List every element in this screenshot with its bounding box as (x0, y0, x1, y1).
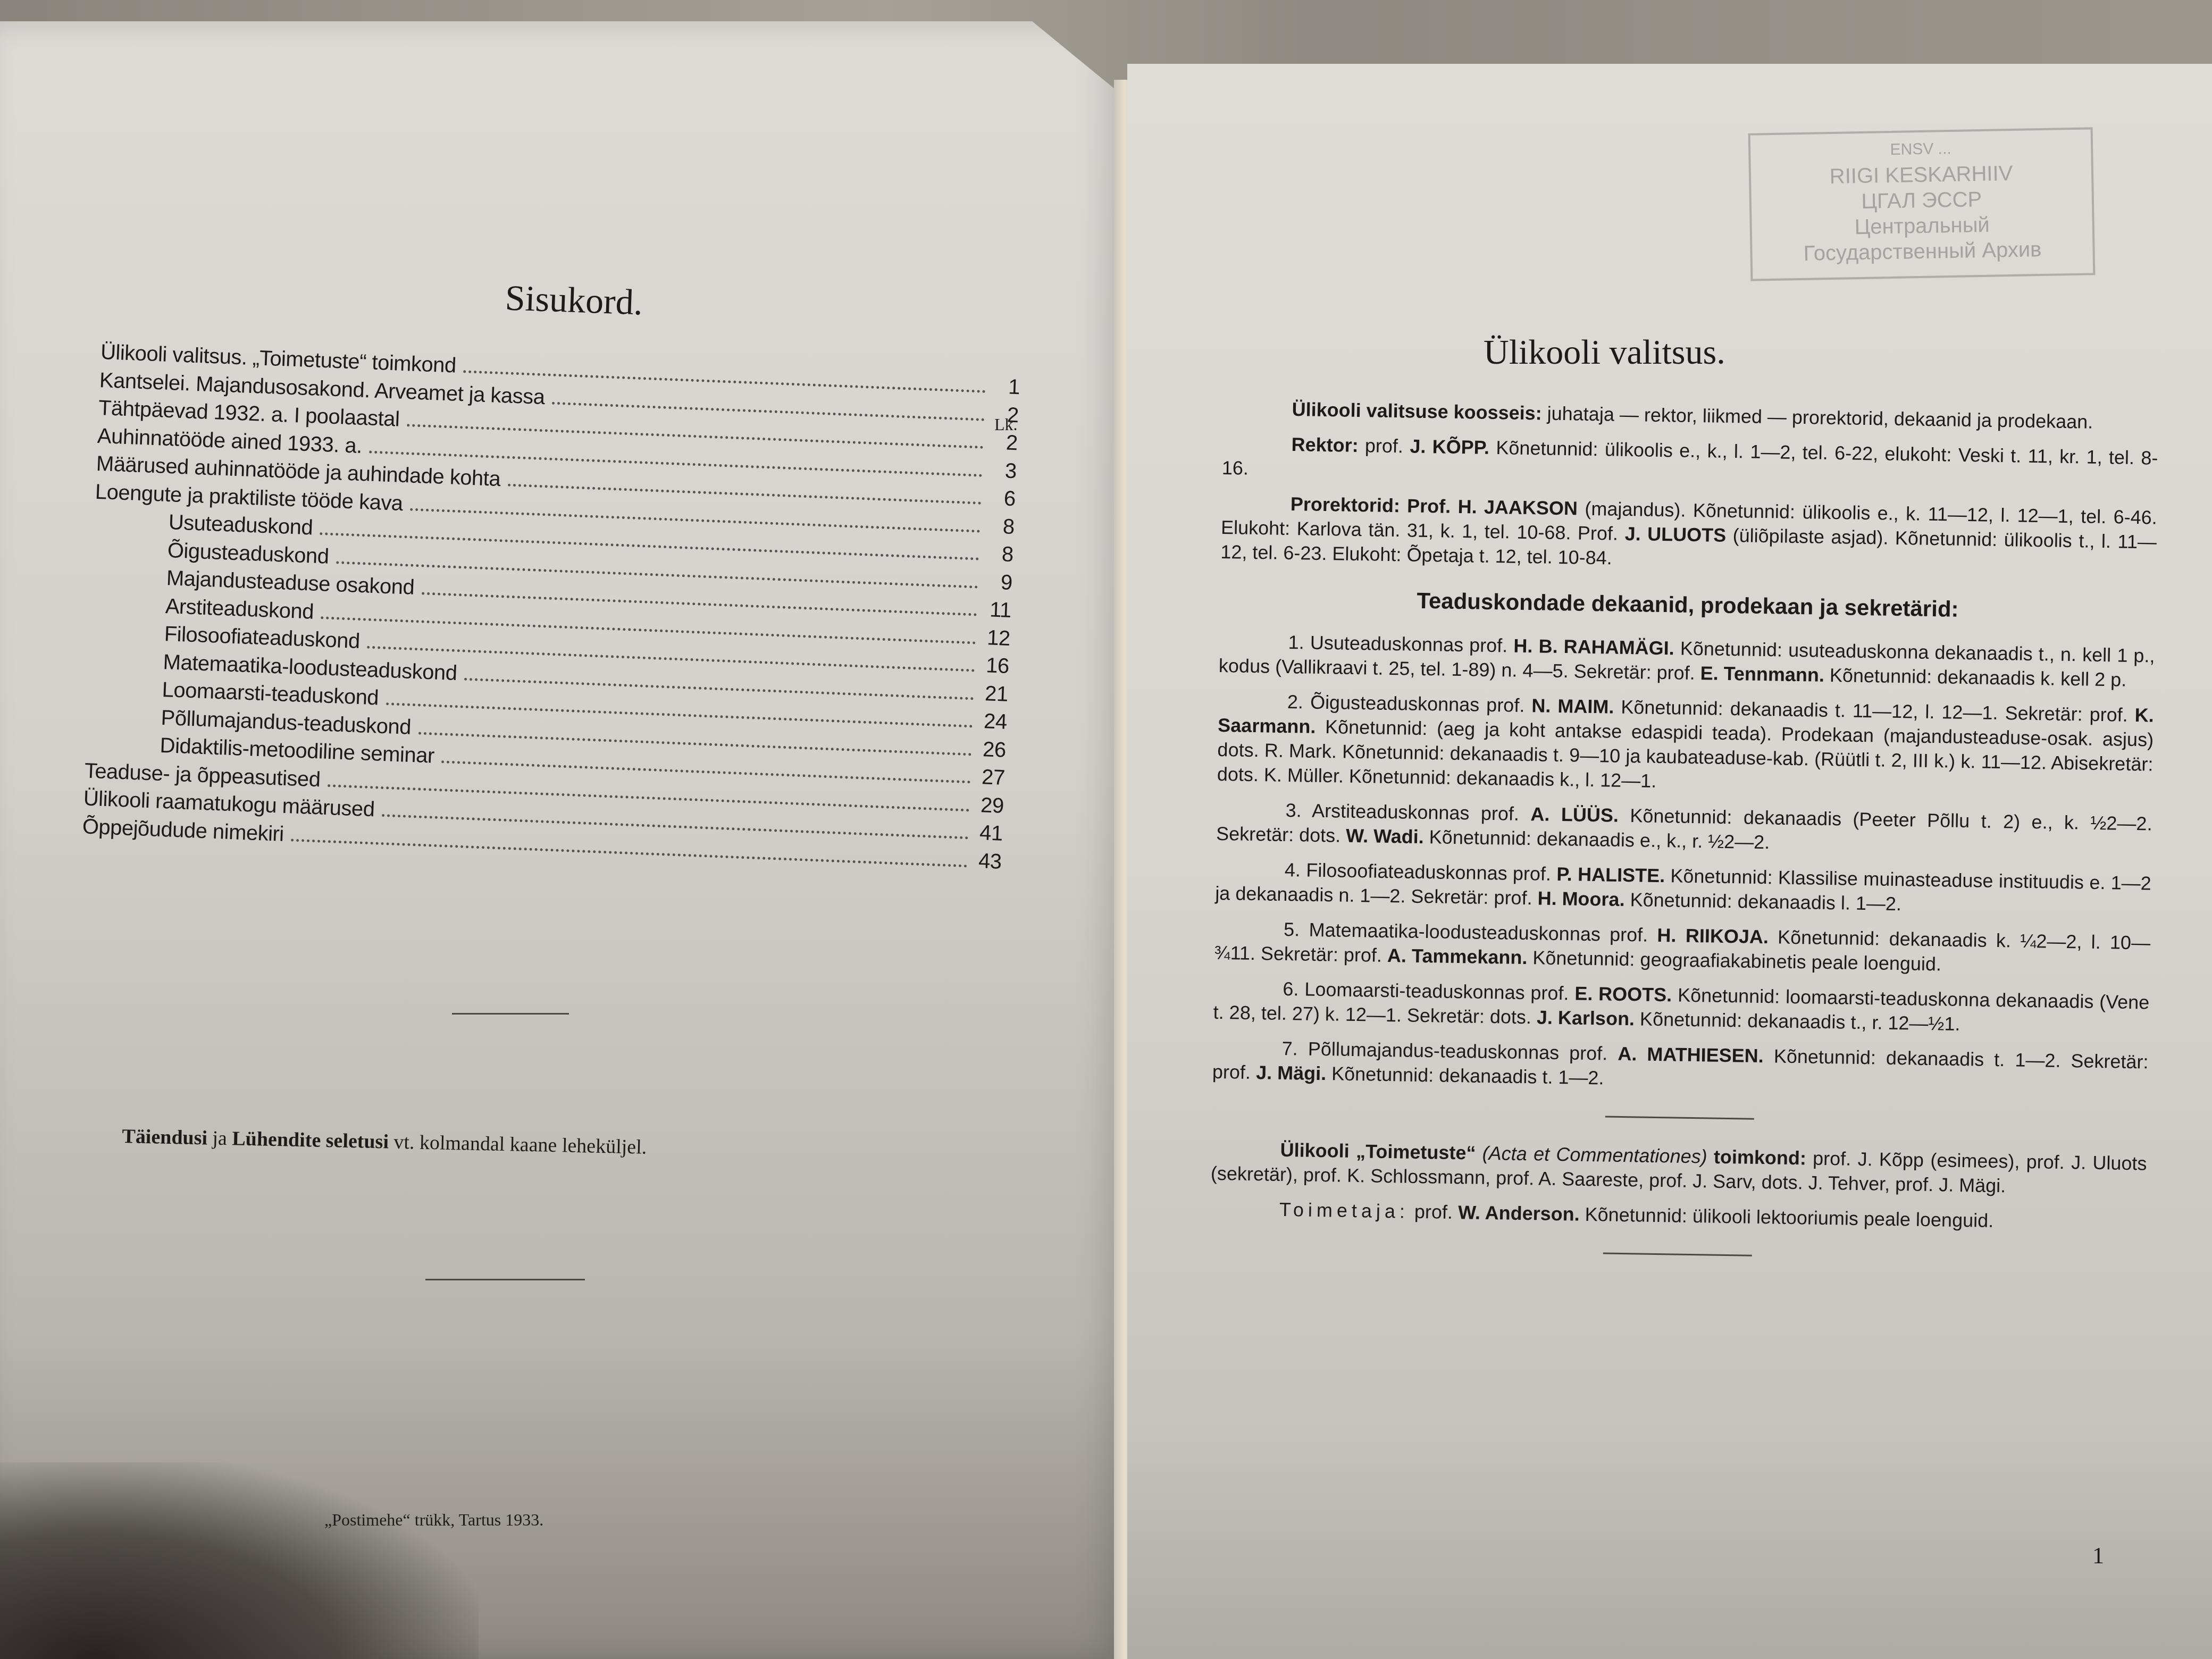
secretary-name: A. Tammekann. (1387, 944, 1528, 968)
label: Ülikooli valitsuse koosseis: (1292, 398, 1542, 424)
toc-entry-page: 16 (982, 653, 1010, 678)
dean-name: A. MATHIESEN. (1618, 1043, 1764, 1067)
note-bold-2: Lühendite seletusi (232, 1127, 389, 1153)
deans-list: 1. Usuteaduskonnas prof. H. B. RAHAMÄGI.… (1212, 629, 2155, 1099)
dean-name: N. MAIM. (1531, 694, 1614, 717)
page-number: 1 (2092, 1542, 2104, 1569)
text: 4. Filosoofiateaduskonnas prof. (1285, 859, 1557, 885)
text: 2. Õigusteaduskonnas prof. (1287, 691, 1532, 716)
divider (425, 1279, 585, 1280)
dean-name: P. HALISTE. (1556, 863, 1665, 886)
latin-title: (Acta et Commentationes) (1476, 1142, 1714, 1168)
person-name: J. KÕPP. (1410, 435, 1489, 458)
stamp-line: Государственный Архив (1752, 236, 2093, 267)
toc-entry-page: 3 (990, 458, 1017, 483)
label: Ülikooli „Toimetuste“ (1280, 1139, 1476, 1164)
person-name: Prof. H. JAAKSON (1400, 495, 1578, 519)
dean-entry: 2. Õigusteaduskonnas prof. N. MAIM. Kõne… (1217, 689, 2154, 801)
table-of-contents: Ülikooli valitsus. „Toimetuste“ toimkond… (82, 340, 1020, 878)
prorectors-entry: Prorektorid: Prof. H. JAAKSON (majandus)… (1220, 491, 2157, 579)
editorial-board-entry: Ülikooli „Toimetuste“ (Acta et Commentat… (1211, 1137, 2147, 1201)
note-text-1: ja (207, 1127, 232, 1150)
text: prof. (1358, 434, 1410, 457)
toc-entry-page: 8 (986, 542, 1014, 567)
printer-imprint: „Postimehe“ trükk, Tartus 1933. (324, 1510, 543, 1530)
text: 6. Loomaarsti-teaduskonnas prof. (1283, 978, 1575, 1004)
text: Kõnetunnid: dekanaadis k. kell 2 p. (1824, 664, 2127, 691)
toc-title: Sisukord. (505, 277, 643, 324)
deans-heading: Teaduskondade dekaanid, prodekaan ja sek… (1220, 585, 2156, 625)
secretary-name: E. Tennmann. (1700, 662, 1824, 686)
toc-entry-page: 11 (984, 598, 1012, 623)
text: prof. (1409, 1201, 1459, 1223)
label: Rektor: (1291, 433, 1359, 456)
dean-entry: 6. Loomaarsti-teaduskonnas prof. E. ROOT… (1213, 976, 2149, 1040)
toc-entry-page: 26 (979, 737, 1007, 762)
open-booklet: Sisukord. Lk. Ülikooli valitsus. „Toimet… (0, 0, 2212, 1659)
text: Kõnetunnid: dekanaadis e., k., r. ½2—2. (1423, 826, 1770, 853)
secretary-name: J. Mägi. (1256, 1061, 1327, 1084)
dean-entry: 3. Arstiteaduskonnas prof. A. LÜÜS. Kõne… (1216, 797, 2152, 861)
toc-entry-page: 2 (992, 403, 1019, 428)
text: Kõnetunnid: dekanaadis t. 1—2. (1326, 1062, 1604, 1088)
toc-entry-page: 21 (981, 682, 1009, 707)
toc-entry-page: 8 (987, 514, 1015, 539)
dean-name: E. ROOTS. (1574, 983, 1672, 1006)
toc-entry-page: 24 (980, 709, 1008, 734)
text: Kõnetunnid: geograafiakabinetis peale lo… (1527, 946, 1941, 975)
text: Kõnetunnid: ülikooli lektooriumis peale … (1579, 1203, 1993, 1231)
toc-entry-page: 41 (976, 821, 1003, 846)
dean-entry: 1. Usuteaduskonnas prof. H. B. RAHAMÄGI.… (1219, 629, 2155, 693)
editor-entry: Toimetaja: prof. W. Anderson. Kõnetunnid… (1210, 1196, 2147, 1236)
divider (452, 1013, 569, 1015)
toc-entry-page: 2 (991, 430, 1018, 455)
dean-entry: 5. Matemaatika-loodusteaduskonnas prof. … (1214, 916, 2150, 980)
label: toimkond: (1714, 1146, 1807, 1169)
toc-entry-page: 29 (977, 793, 1004, 818)
label: Prorektorid: (1291, 493, 1401, 516)
dean-entry: 7. Põllumajandus-teaduskonnas prof. A. M… (1212, 1035, 2149, 1099)
text: Kõnetunnid: dekanaadis l. 1—2. (1624, 889, 1901, 915)
toc-entry-page: 1 (993, 374, 1020, 399)
note-text-2: vt. kolmandal kaane leheküljel. (389, 1131, 647, 1159)
toc-entry-page: 27 (978, 765, 1006, 790)
person-name: W. Anderson. (1458, 1201, 1580, 1225)
dean-name: A. LÜÜS. (1530, 803, 1619, 826)
toc-entry-page: 12 (983, 626, 1011, 651)
archive-stamp: ENSV ... RIIGI KESKARHIIV ЦГАЛ ЭССР Цент… (1748, 127, 2096, 281)
toc-entry-page: 43 (975, 849, 1002, 874)
divider (1605, 1116, 1754, 1119)
toc-entry-page: 6 (988, 486, 1016, 511)
right-page-body: Ülikooli valitsuse koosseis: juhataja — … (1209, 396, 2159, 1288)
rector-entry: Rektor: prof. J. KÕPP. Kõnetunnid: üliko… (1222, 431, 2158, 495)
text: 5. Matemaatika-loodusteaduskonnas prof. (1284, 918, 1657, 946)
note-bold-1: Täiendusi (122, 1125, 207, 1149)
text: 1. Usuteaduskonnas prof. (1288, 631, 1513, 657)
text: 7. Põllumajandus-teaduskonnas prof. (1281, 1037, 1618, 1065)
text: Kõnetunnid: (aeg ja koht antakse edaspid… (1217, 716, 2154, 792)
shadow (0, 1462, 479, 1659)
secretary-name: W. Wadi. (1346, 825, 1424, 848)
secretary-name: J. Karlson. (1537, 1006, 1635, 1029)
label: Toimetaja: (1279, 1199, 1410, 1222)
person-name: J. ULUOTS (1624, 523, 1726, 546)
divider (1603, 1252, 1752, 1256)
text: 3. Arstiteaduskonnas prof. (1285, 799, 1530, 825)
dean-entry: 4. Filosoofiateaduskonnas prof. P. HALIS… (1215, 857, 2151, 920)
page-title: Ülikooli valitsus. (1484, 332, 1725, 373)
toc-entry-page: 9 (985, 570, 1013, 595)
secretary-name: H. Moora. (1537, 887, 1625, 910)
dean-name: H. RIIKOJA. (1657, 924, 1769, 948)
dean-name: H. B. RAHAMÄGI. (1513, 635, 1674, 659)
text: Kõnetunnid: dekanaadis t., r. 12—½1. (1635, 1008, 1960, 1035)
